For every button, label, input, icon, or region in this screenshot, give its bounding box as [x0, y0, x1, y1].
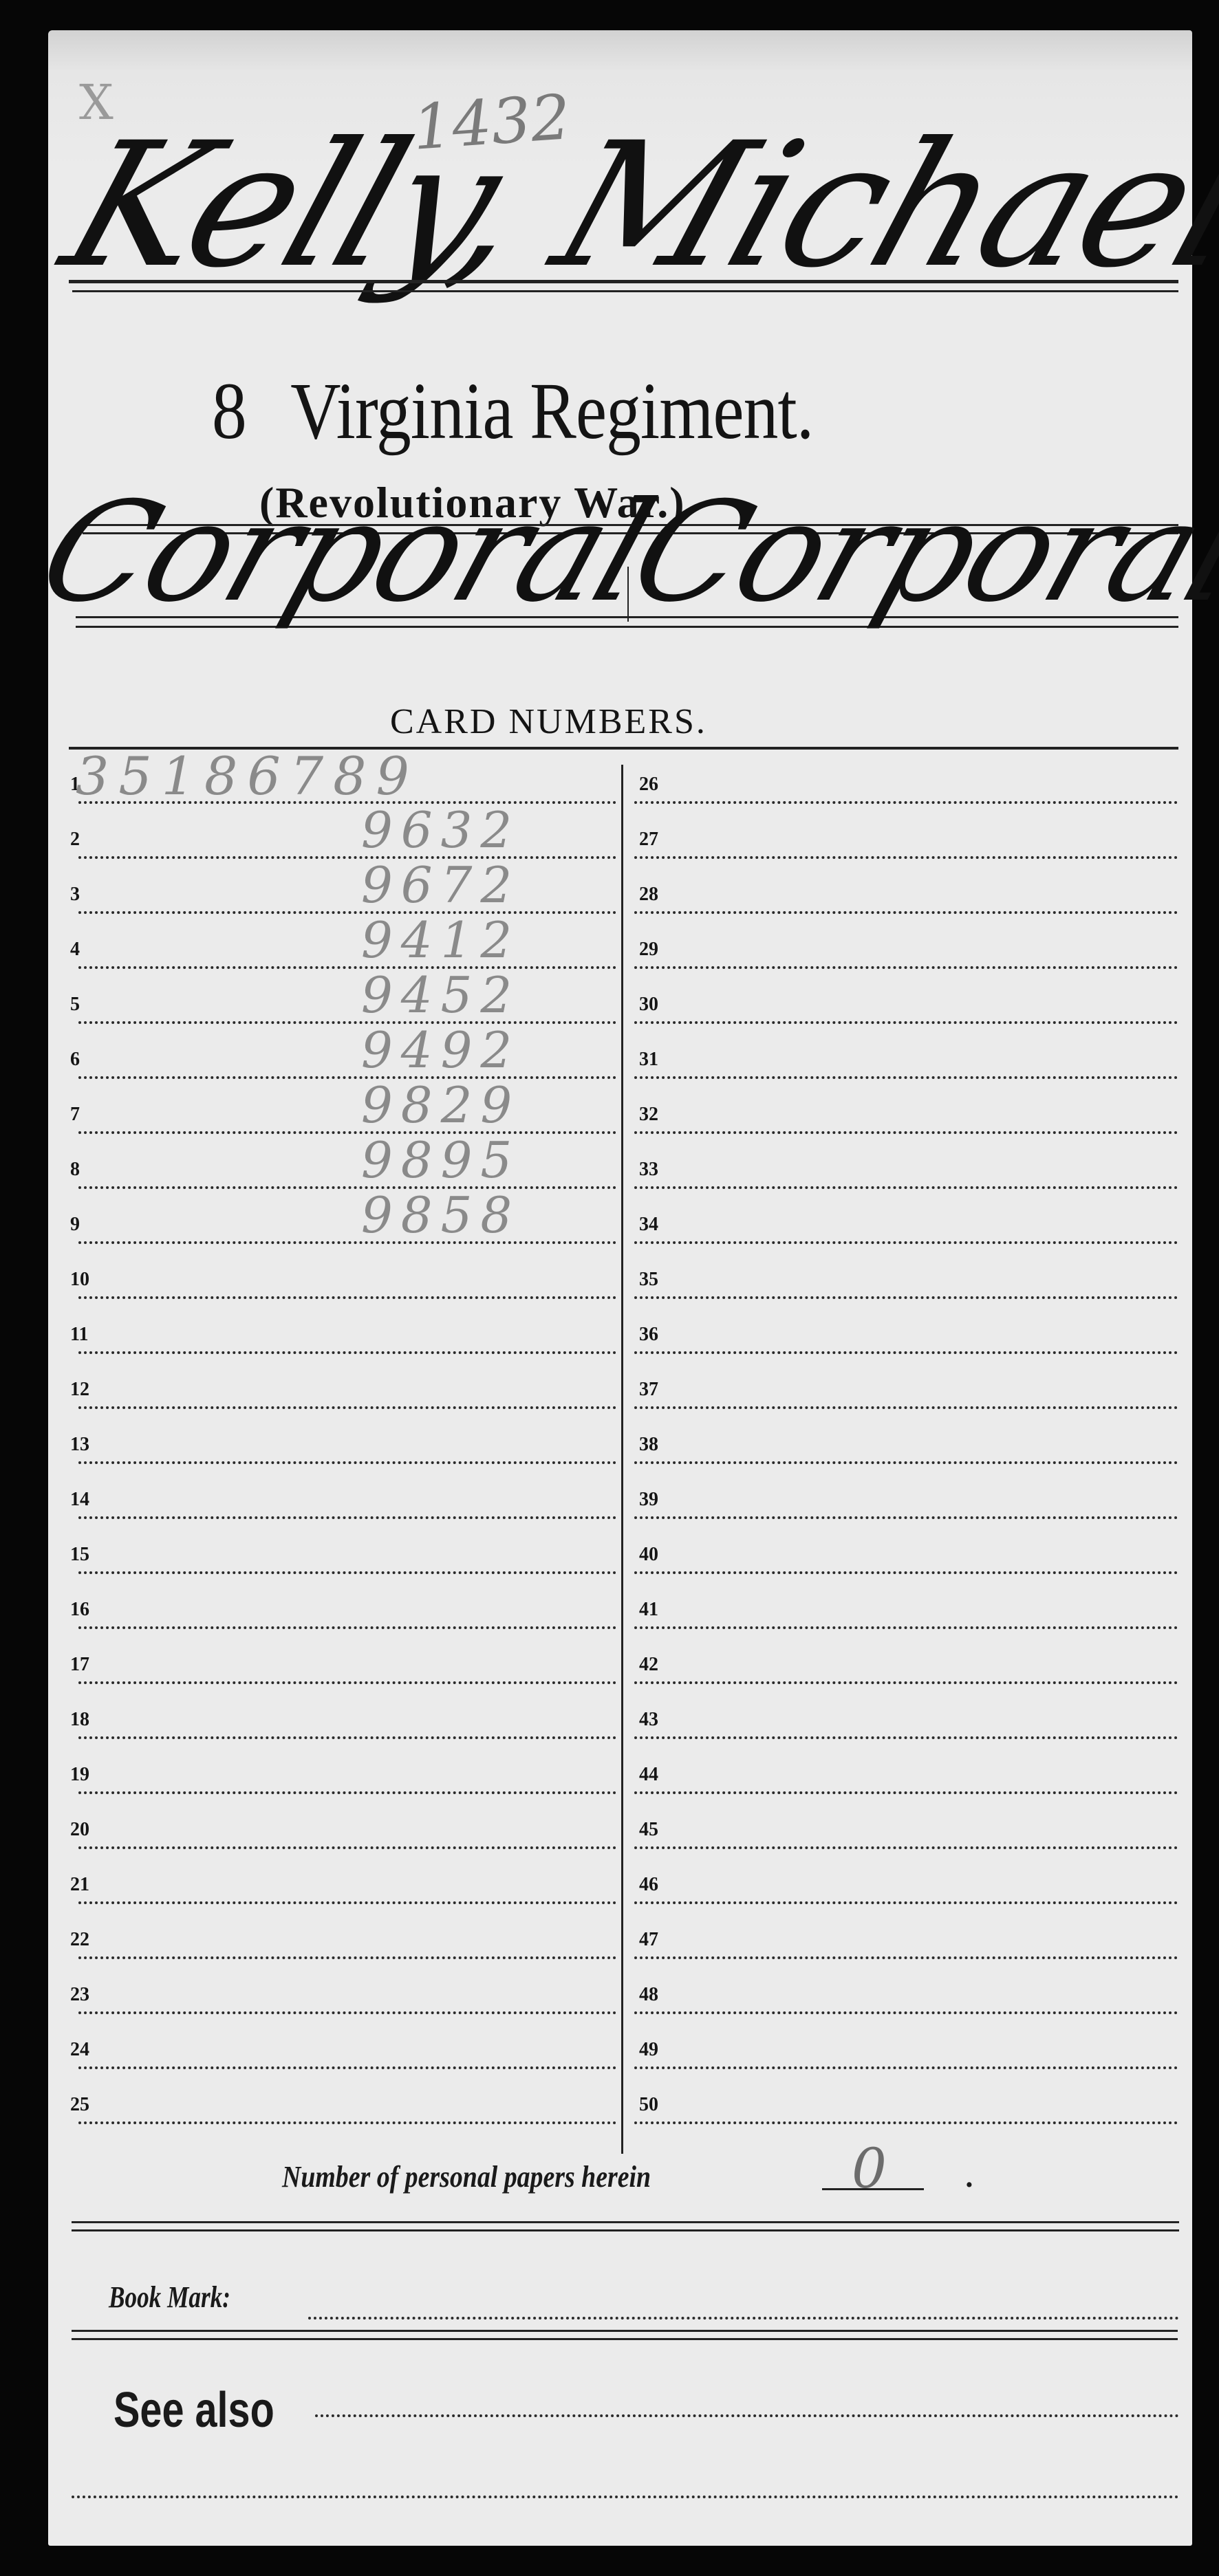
see-also-label: See also: [114, 2386, 274, 2435]
row-entry-line[interactable]: [78, 911, 616, 914]
row-entry-line[interactable]: [634, 1406, 1178, 1409]
bookmark-divider-lower: [72, 2338, 1178, 2340]
row-number: 24: [70, 2040, 89, 2060]
card-number-value: 9829: [361, 1080, 520, 1130]
row-entry-line[interactable]: [78, 1571, 616, 1574]
row-number: 17: [70, 1655, 89, 1674]
row-number: 11: [70, 1325, 88, 1344]
card-number-value: 9672: [361, 860, 520, 910]
row-entry-line[interactable]: [78, 2066, 616, 2069]
row-entry-line[interactable]: [634, 1901, 1178, 1904]
book-mark-label: Book Mark:: [109, 2282, 230, 2313]
card-number-value: 9452: [361, 970, 520, 1020]
row-entry-line[interactable]: [78, 1131, 616, 1134]
row-number: 31: [639, 1050, 658, 1069]
personal-papers-period: .: [967, 2162, 974, 2192]
row-entry-line[interactable]: [634, 1571, 1178, 1574]
row-entry-line[interactable]: [634, 1131, 1178, 1134]
name-line-lower: [72, 290, 1178, 292]
row-entry-line[interactable]: [78, 1626, 616, 1629]
column-divider: [621, 765, 623, 2154]
row-entry-line[interactable]: [634, 1351, 1178, 1354]
row-number: 48: [639, 1985, 658, 2005]
row-entry-line[interactable]: [634, 1516, 1178, 1519]
row-number: 30: [639, 995, 658, 1014]
row-entry-line[interactable]: [634, 911, 1178, 914]
row-entry-line[interactable]: [78, 1956, 616, 1959]
row-number: 47: [639, 1930, 658, 1950]
regiment-title: Virginia Regiment.: [290, 366, 813, 456]
row-entry-line[interactable]: [78, 1461, 616, 1464]
row-number: 14: [70, 1490, 89, 1509]
row-entry-line[interactable]: [634, 1681, 1178, 1684]
book-mark-field[interactable]: [308, 2317, 1179, 2320]
row-number: 46: [639, 1875, 658, 1895]
row-entry-line[interactable]: [78, 1736, 616, 1739]
row-number: 45: [639, 1820, 658, 1840]
row-number: 7: [70, 1105, 80, 1124]
personal-papers-label: Number of personal papers herein: [282, 2162, 651, 2192]
row-number: 28: [639, 885, 658, 904]
row-number: 29: [639, 940, 658, 959]
personal-papers-value[interactable]: 0: [852, 2141, 887, 2196]
row-entry-line[interactable]: [78, 1901, 616, 1904]
row-number: 10: [70, 1270, 89, 1289]
row-number: 37: [639, 1380, 658, 1399]
row-entry-line[interactable]: [634, 1956, 1178, 1959]
row-entry-line[interactable]: [634, 856, 1178, 859]
row-number: 8: [70, 1160, 80, 1179]
row-entry-line[interactable]: [634, 1461, 1178, 1464]
row-number: 4: [70, 940, 80, 959]
regiment-number: 8: [212, 366, 246, 456]
card-number-value: 35186789: [76, 750, 419, 803]
row-number: 13: [70, 1435, 89, 1454]
row-entry-line[interactable]: [78, 1406, 616, 1409]
row-entry-line[interactable]: [78, 1351, 616, 1354]
card-number-value: 9492: [361, 1025, 520, 1075]
card-number-value: 9858: [361, 1190, 520, 1240]
row-number: 18: [70, 1710, 89, 1729]
row-entry-line[interactable]: [634, 2121, 1178, 2124]
bookmark-divider-upper: [72, 2330, 1178, 2332]
row-number: 39: [639, 1490, 658, 1509]
card-number-value: 9895: [361, 1135, 520, 1185]
row-entry-line[interactable]: [78, 1076, 616, 1079]
row-number: 44: [639, 1765, 658, 1784]
row-number: 9: [70, 1215, 80, 1234]
row-number: 5: [70, 995, 80, 1014]
row-number: 25: [70, 2095, 89, 2115]
row-number: 40: [639, 1545, 658, 1564]
row-entry-line[interactable]: [634, 1736, 1178, 1739]
see-also-field[interactable]: [315, 2414, 1179, 2417]
row-number: 19: [70, 1765, 89, 1784]
row-entry-line[interactable]: [78, 1681, 616, 1684]
row-entry-line[interactable]: [634, 966, 1178, 969]
row-entry-line[interactable]: [634, 1076, 1178, 1079]
row-number: 23: [70, 1985, 89, 2005]
row-number: 35: [639, 1270, 658, 1289]
row-entry-line[interactable]: [634, 1186, 1178, 1189]
row-number: 27: [639, 830, 658, 849]
row-entry-line[interactable]: [634, 1846, 1178, 1849]
row-number: 50: [639, 2095, 658, 2115]
name-line-upper: [69, 280, 1178, 283]
row-number: 15: [70, 1545, 89, 1564]
row-entry-line[interactable]: [78, 966, 616, 969]
row-entry-line[interactable]: [78, 856, 616, 859]
handwritten-name: Kelly, Michael: [47, 120, 1219, 292]
row-number: 16: [70, 1600, 89, 1619]
row-number: 43: [639, 1710, 658, 1729]
row-entry-line[interactable]: [634, 1241, 1178, 1244]
card-numbers-heading: CARD NUMBERS.: [390, 704, 707, 740]
row-number: 36: [639, 1325, 658, 1344]
row-entry-line[interactable]: [78, 1186, 616, 1189]
row-number: 26: [639, 775, 658, 794]
rank-out: Corporal: [618, 484, 1219, 622]
row-number: 12: [70, 1380, 89, 1399]
row-entry-line[interactable]: [78, 2121, 616, 2124]
row-entry-line[interactable]: [634, 1791, 1178, 1794]
row-entry-line[interactable]: [78, 1021, 616, 1024]
row-entry-line[interactable]: [78, 2011, 616, 2014]
row-number: 33: [639, 1160, 658, 1179]
row-entry-line[interactable]: [78, 1791, 616, 1794]
papers-divider-lower: [72, 2229, 1179, 2231]
row-number: 22: [70, 1930, 89, 1950]
row-number: 3: [70, 885, 80, 904]
row-entry-line[interactable]: [634, 1626, 1178, 1629]
row-entry-line[interactable]: [634, 801, 1178, 804]
row-entry-line[interactable]: [78, 1296, 616, 1299]
card-number-value: 9632: [361, 805, 520, 855]
row-entry-line[interactable]: [78, 1241, 616, 1244]
row-number: 41: [639, 1600, 658, 1619]
papers-divider-upper: [72, 2221, 1179, 2223]
row-number: 21: [70, 1875, 89, 1895]
row-number: 34: [639, 1215, 658, 1234]
row-number: 20: [70, 1820, 89, 1840]
rank-in: Corporal: [26, 484, 665, 622]
row-entry-line[interactable]: [634, 2011, 1178, 2014]
row-number: 49: [639, 2040, 658, 2060]
row-entry-line[interactable]: [78, 1846, 616, 1849]
row-number: 2: [70, 830, 80, 849]
regiment-heading: 8 Virginia Regiment.: [212, 371, 813, 452]
row-entry-line[interactable]: [634, 2066, 1178, 2069]
military-service-card: X 1432 Kelly, Michael 8 Virginia Regimen…: [48, 30, 1192, 2546]
row-entry-line[interactable]: [634, 1021, 1178, 1024]
row-entry-line[interactable]: [634, 1296, 1178, 1299]
see-also-continuation-line[interactable]: [72, 2496, 1179, 2498]
row-number: 6: [70, 1050, 80, 1069]
row-number: 42: [639, 1655, 658, 1674]
row-number: 32: [639, 1105, 658, 1124]
row-number: 38: [639, 1435, 658, 1454]
row-entry-line[interactable]: [78, 1516, 616, 1519]
card-number-value: 9412: [361, 915, 520, 965]
